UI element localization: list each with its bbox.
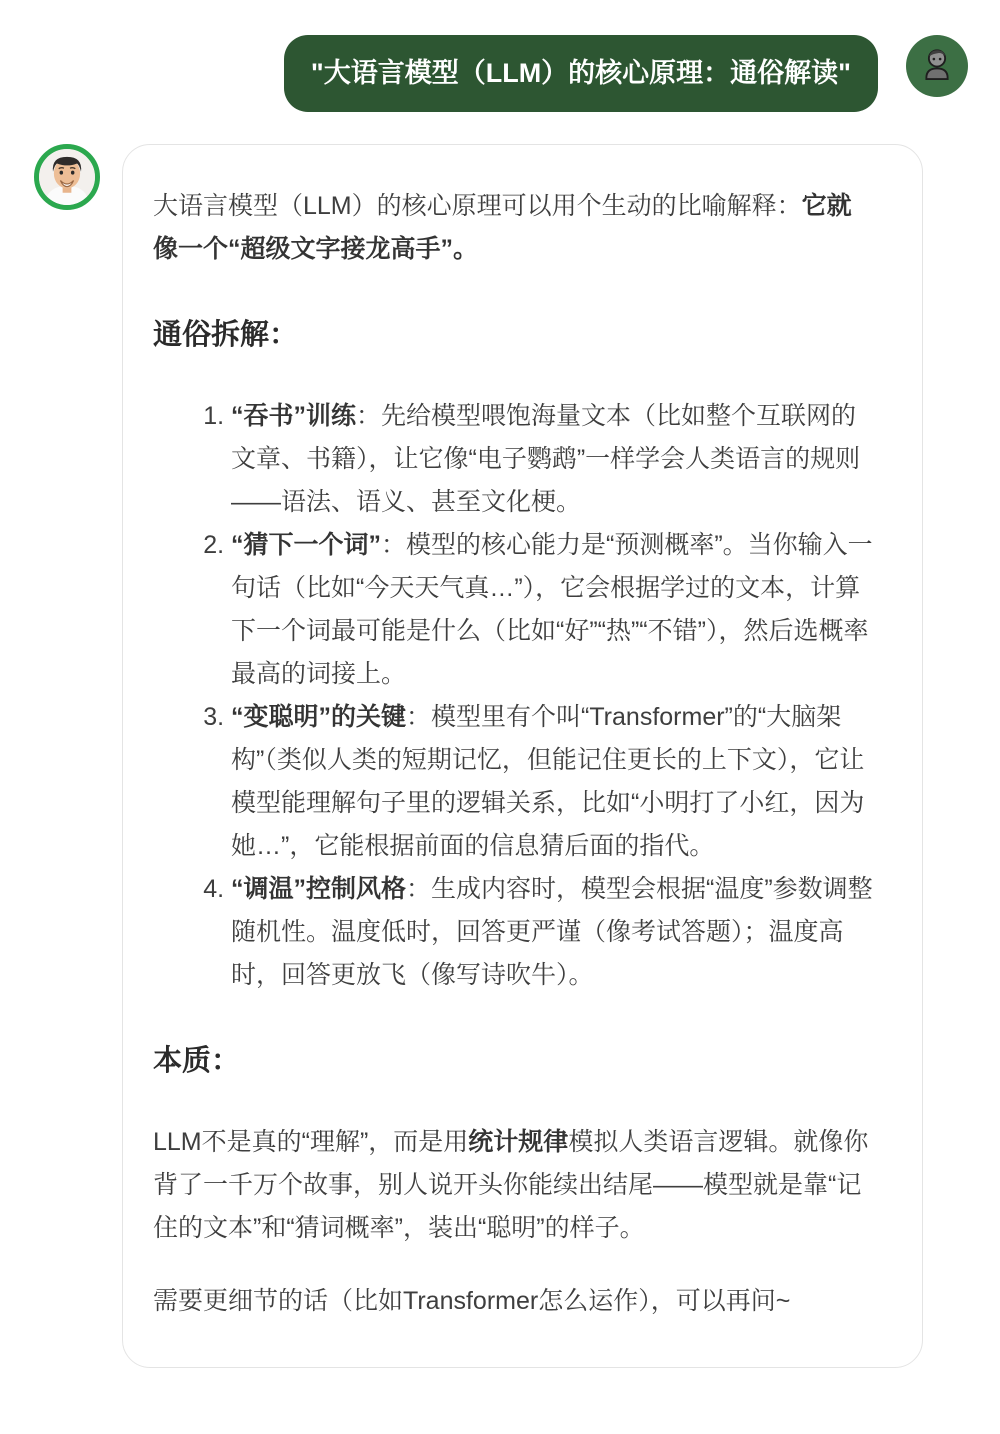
intro-paragraph: 大语言模型（LLM）的核心原理可以用个生动的比喻解释：它就像一个“超级文字接龙高… [153,185,876,271]
list-item: “变聪明”的关键：模型里有个叫“Transformer”的“大脑架构”（类似人类… [231,696,876,868]
breakdown-list: “吞书”训练：先给模型喂饱海量文本（比如整个互联网的文章、书籍），让它像“电子鹦… [153,395,876,997]
intro-text: 大语言模型（LLM）的核心原理可以用个生动的比喻解释： [153,192,802,220]
user-message-text: "大语言模型（LLM）的核心原理：通俗解读" [311,58,851,88]
assistant-message-card: 大语言模型（LLM）的核心原理可以用个生动的比喻解释：它就像一个“超级文字接龙高… [122,144,923,1368]
user-avatar[interactable] [906,35,968,97]
essence-bold: 统计规律 [468,1128,568,1156]
user-message-row: "大语言模型（LLM）的核心原理：通俗解读" [0,0,1000,112]
list-item: “吞书”训练：先给模型喂饱海量文本（比如整个互联网的文章、书籍），让它像“电子鹦… [231,395,876,524]
list-item: “调温”控制风格：生成内容时，模型会根据“温度”参数调整随机性。温度低时，回答更… [231,868,876,997]
assistant-avatar-photo-icon [39,149,95,205]
essence-paragraph: LLM不是真的“理解”，而是用统计规律模拟人类语言逻辑。就像你背了一千万个故事，… [153,1121,876,1250]
list-item-bold-lead: “吞书”训练 [231,402,356,430]
breakdown-heading: 通俗拆解： [153,315,876,355]
user-message-bubble: "大语言模型（LLM）的核心原理：通俗解读" [284,35,878,112]
list-item-bold-lead: “变聪明”的关键 [231,703,406,731]
list-item-bold-lead: “调温”控制风格 [231,875,406,903]
closing-paragraph: 需要更细节的话（比如Transformer怎么运作），可以再问~ [153,1280,876,1323]
list-item: “猜下一个词”：模型的核心能力是“预测概率”。当你输入一句话（比如“今天天气真…… [231,524,876,696]
assistant-avatar[interactable] [34,144,100,210]
person-icon [917,44,957,89]
chat-page: "大语言模型（LLM）的核心原理：通俗解读" [0,0,1000,1434]
assistant-message-row: 大语言模型（LLM）的核心原理可以用个生动的比喻解释：它就像一个“超级文字接龙高… [0,112,1000,1368]
essence-heading: 本质： [153,1041,876,1081]
essence-pre: LLM不是真的“理解”，而是用 [153,1128,468,1156]
list-item-bold-lead: “猜下一个词” [231,531,381,559]
